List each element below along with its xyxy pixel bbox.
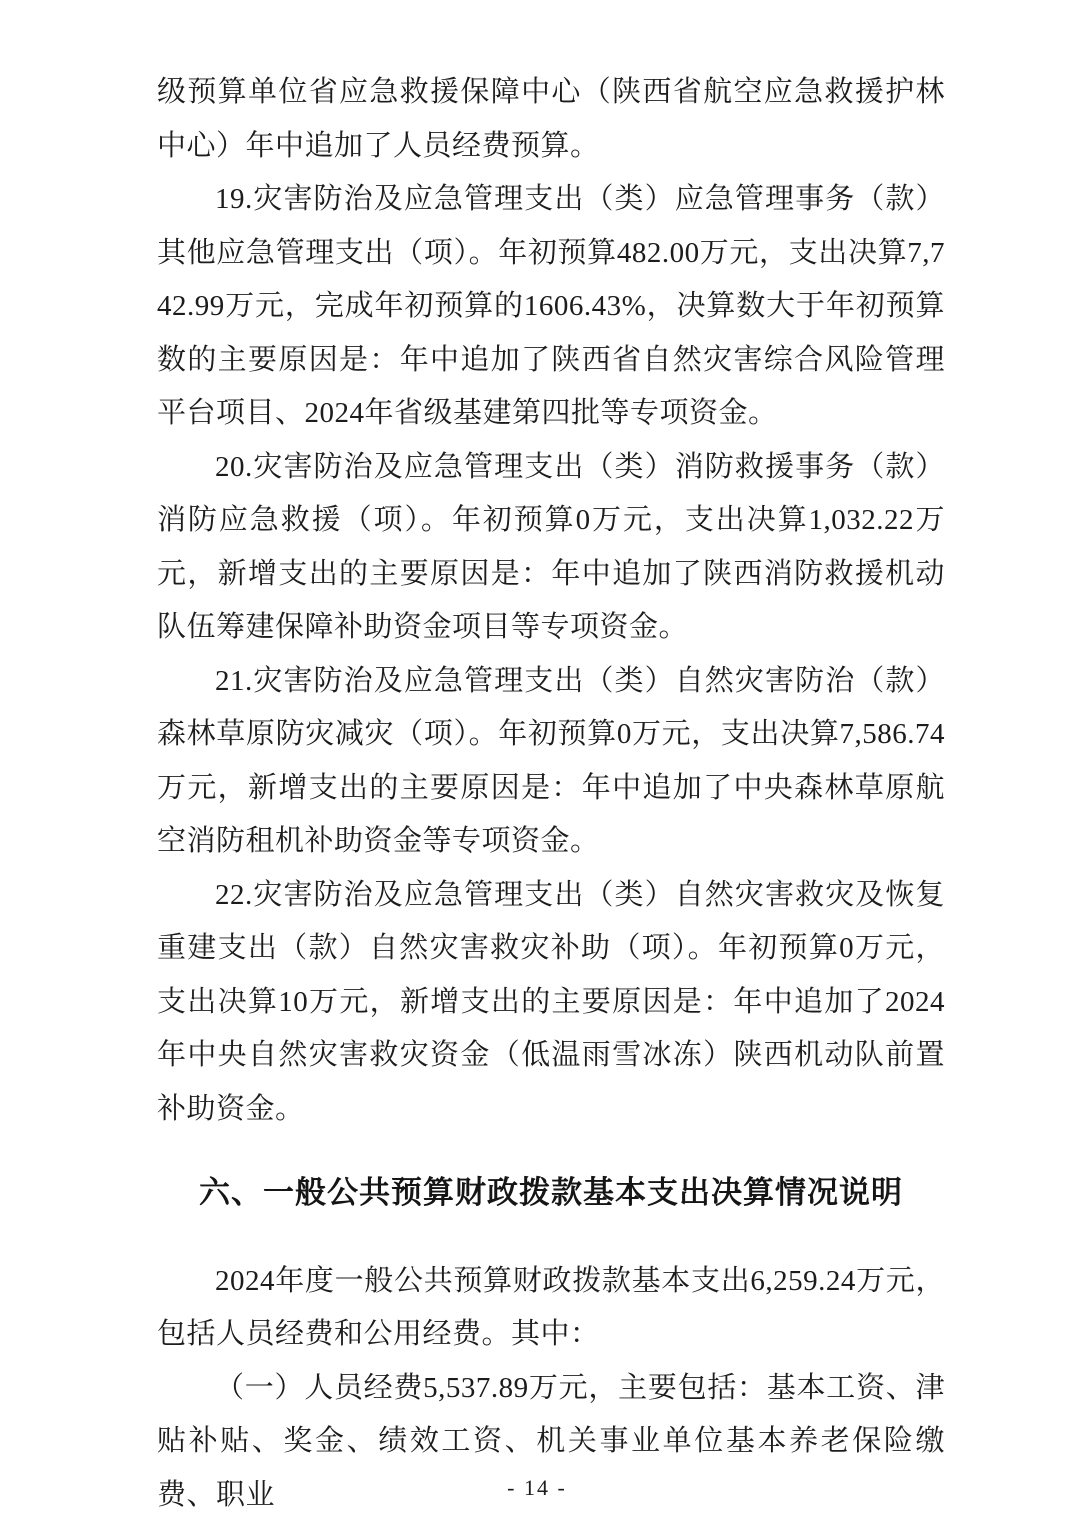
section-heading: 六、一般公共预算财政拨款基本支出决算情况说明 [157, 1166, 945, 1220]
paragraph-item-22: 22.灾害防治及应急管理支出（类）自然灾害救灾及恢复重建支出（款）自然灾害救灾补… [157, 869, 945, 1137]
paragraph-continuation: 级预算单位省应急救援保障中心（陕西省航空应急救援护林中心）年中追加了人员经费预算… [157, 66, 945, 173]
paragraph-item-19: 19.灾害防治及应急管理支出（类）应急管理事务（款）其他应急管理支出（项）。年初… [157, 173, 945, 441]
paragraph-item-21: 21.灾害防治及应急管理支出（类）自然灾害防治（款）森林草原防灾减灾（项）。年初… [157, 655, 945, 869]
document-page: 级预算单位省应急救援保障中心（陕西省航空应急救援护林中心）年中追加了人员经费预算… [0, 0, 1074, 1520]
page-number: - 14 - [0, 1474, 1074, 1502]
page-text-block: 级预算单位省应急救援保障中心（陕西省航空应急救援护林中心）年中追加了人员经费预算… [157, 0, 945, 1520]
paragraph-basic-expenditure-summary: 2024年度一般公共预算财政拨款基本支出6,259.24万元，包括人员经费和公用… [157, 1255, 945, 1362]
paragraph-item-20: 20.灾害防治及应急管理支出（类）消防救援事务（款）消防应急救援（项）。年初预算… [157, 441, 945, 655]
